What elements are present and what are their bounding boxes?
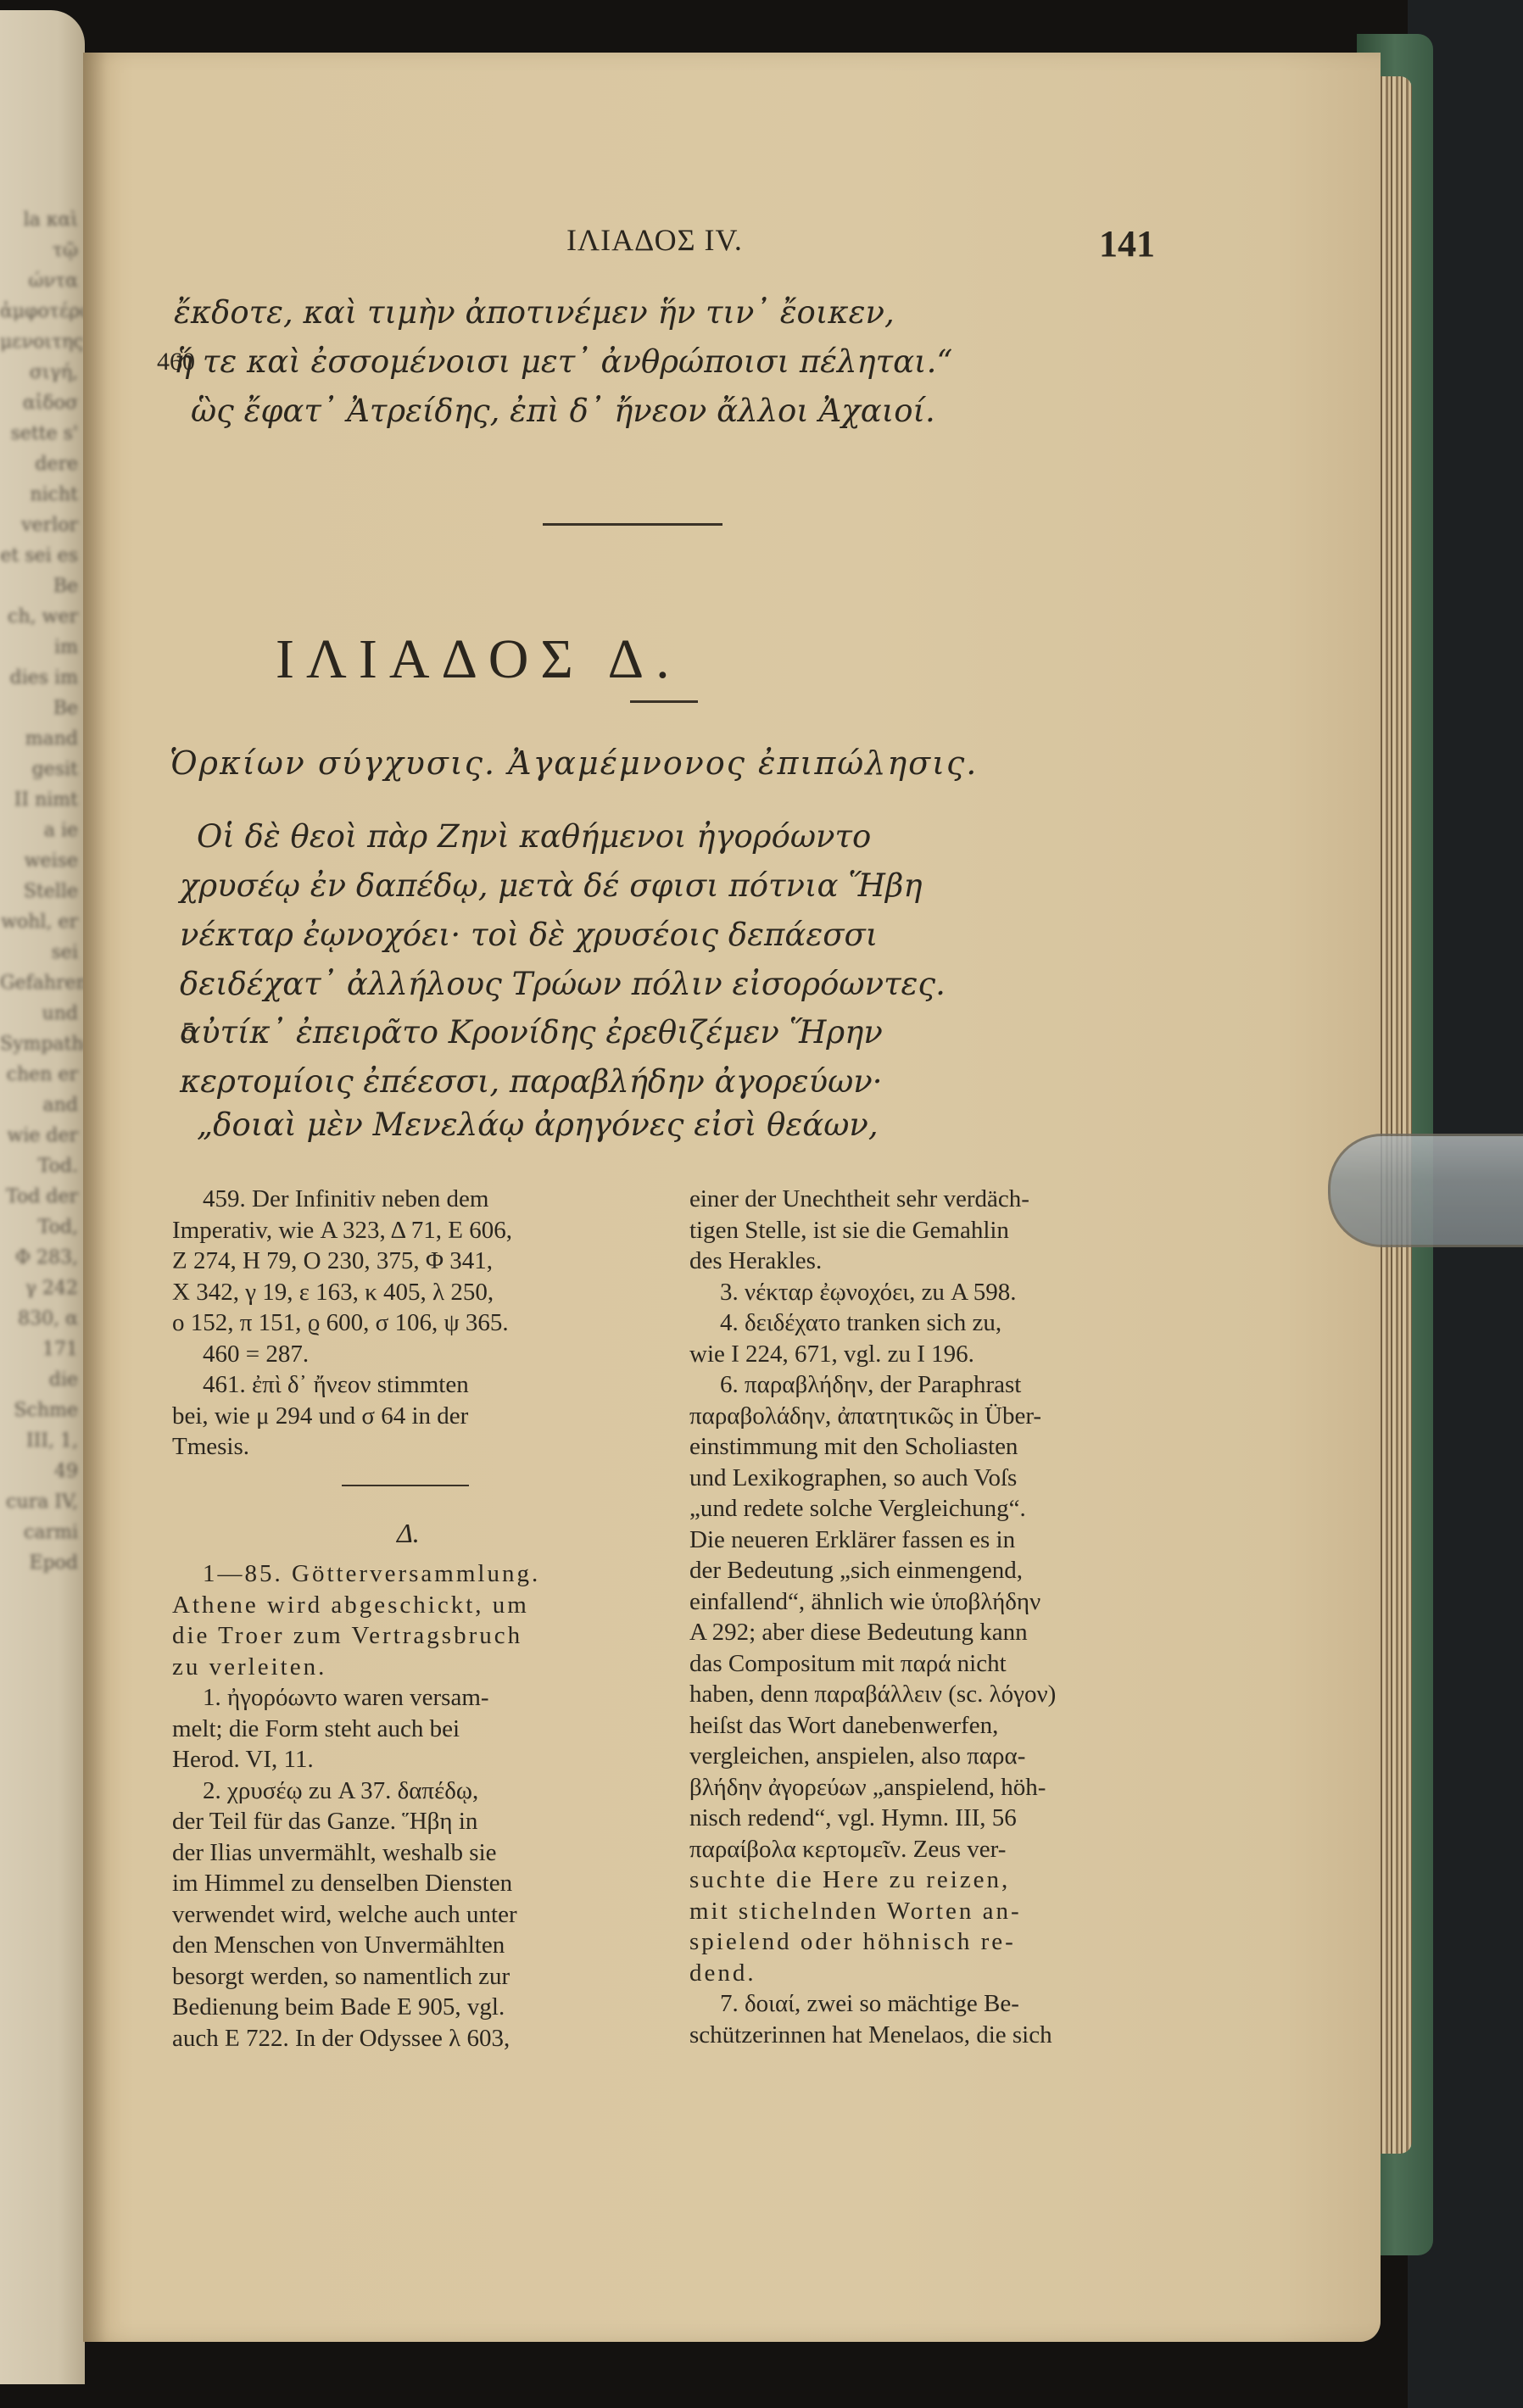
page-number: 141: [1099, 222, 1155, 265]
left-page-fragment: weise Stelle: [0, 846, 78, 907]
note-line: Athene wird abgeschickt, um: [172, 1590, 647, 1621]
left-page-fragment: Tod der Tod,: [0, 1182, 78, 1243]
note-line: der Bedeutung „sich einmengend,: [689, 1555, 1164, 1586]
note-line: Imperativ, wie Α 323, Δ 71, Ε 606,: [172, 1215, 647, 1246]
note-line: im Himmel zu denselben Diensten: [172, 1868, 647, 1899]
note-line: des Herakles.: [689, 1246, 1164, 1277]
left-page-fragment: μενοιτης: [0, 327, 78, 358]
note-line: 1. ἠγορόωντο waren versam-: [172, 1682, 647, 1714]
note-line: 7. δοιαί, zwei so mächtige Be-: [689, 1988, 1164, 2020]
divider-rule: [342, 1485, 469, 1486]
note-line: παραβολάδην, ἀπατητικῶς in Über-: [689, 1401, 1164, 1432]
left-page-fragment: la καὶ τῷ: [0, 205, 78, 266]
note-line: 1—85. Götterversammlung.: [172, 1558, 647, 1590]
left-page-fragment: wohl, er sei: [0, 907, 78, 968]
left-page-fragment: et sei es Be: [0, 541, 78, 602]
note-line: den Menschen von Unvermählten: [172, 1930, 647, 1961]
note-line: einstimmung mit den Scholiasten: [689, 1431, 1164, 1463]
verse-line: ἔκδοτε, καὶ τιμὴν ἀποτινέμεν ἥν τιν᾽ ἔοι…: [174, 294, 895, 331]
left-page-curl: la καὶ τῷώνταἀμφοτέρωμενοιτηςσιγή,αἰδοσs…: [0, 10, 85, 2384]
left-page-fragment: Epod: [0, 1548, 78, 1579]
commentary-left-column-2: 1—85. Götterversammlung. Athene wird abg…: [172, 1558, 647, 2054]
verse-line: Οἱ δὲ θεοὶ πὰρ Ζηνὶ καθήμενοι ἠγορόωντο: [197, 818, 871, 855]
page-holder-clip: [1328, 1134, 1523, 1247]
left-page-fragment: III, 1, 49: [0, 1426, 78, 1487]
note-line: der Teil für das Ganze. Ἥβη in: [172, 1806, 647, 1837]
note-line: 6. παραβλήδην, der Paraphrast: [689, 1369, 1164, 1401]
note-line: heiſst das Wort danebenwerfen,: [689, 1710, 1164, 1742]
note-line: Die neueren Erklärer fassen es in: [689, 1525, 1164, 1556]
commentary-left-column: 459. Der Infinitiv neben dem Imperativ, …: [172, 1184, 647, 1463]
left-page-fragment: mand gesit: [0, 724, 78, 785]
verse-line: „δοιαὶ μὲν Μενελάῳ ἀρηγόνες εἰσὶ θεάων,: [197, 1106, 879, 1143]
section-mark: Δ.: [397, 1518, 420, 1549]
note-line: suchte die Here zu reizen,: [689, 1865, 1164, 1896]
note-line: einer der Unechtheit sehr verdäch-: [689, 1184, 1164, 1215]
note-line: Herod. VI, 11.: [172, 1744, 647, 1775]
left-page-blurred-text: la καὶ τῷώνταἀμφοτέρωμενοιτηςσιγή,αἰδοσs…: [0, 10, 85, 2384]
note-line: der Ilias unvermählt, weshalb sie: [172, 1837, 647, 1869]
note-line: spielend oder höhnisch re-: [689, 1926, 1164, 1958]
left-page-fragment: wie der Tod.: [0, 1121, 78, 1182]
left-page-fragment: dies im Be: [0, 663, 78, 724]
note-line: die Troer zum Vertragsbruch: [172, 1620, 647, 1652]
verse-line: δειδέχατ᾽ ἀλλήλους Τρώων πόλιν εἰσορόωντ…: [180, 966, 946, 1002]
note-line: Tmesis.: [172, 1431, 647, 1463]
left-page-fragment: ch, wer im: [0, 602, 78, 663]
left-page-fragment: die Schme: [0, 1365, 78, 1426]
note-line: 460 = 287.: [172, 1339, 647, 1370]
running-head: ΙΛΙΑΔΟΣ IV.: [566, 222, 743, 258]
left-page-fragment: Φ 283, γ 242: [0, 1243, 78, 1304]
note-line: 461. ἐπὶ δ᾽ ἤνεον stimmten: [172, 1369, 647, 1401]
note-line: Χ 342, γ 19, ε 163, κ 405, λ 250,: [172, 1277, 647, 1308]
note-line: bei, wie μ 294 und σ 64 in der: [172, 1401, 647, 1432]
note-line: einfallend“, ähnlich wie ὑποβλήδην: [689, 1586, 1164, 1618]
divider-rule: [630, 700, 698, 703]
note-line: haben, denn παραβάλλειν (sc. λόγον): [689, 1679, 1164, 1710]
left-page-fragment: ώντα: [0, 266, 78, 297]
note-line: 3. νέκταρ ἐῳνοχόει, zu Α 598.: [689, 1277, 1164, 1308]
left-page-fragment: cura IV,: [0, 1487, 78, 1518]
left-page-fragment: carmi: [0, 1518, 78, 1548]
verse-line: νέκταρ ἐῳνοχόει· τοὶ δὲ χρυσέοις δεπάεσσ…: [180, 917, 878, 953]
note-line: und Lexikographen, so auch Voſs: [689, 1463, 1164, 1494]
note-line: βλήδην ἀγορεύων „anspielend, höh-: [689, 1772, 1164, 1803]
note-line: nisch redend“, vgl. Hymn. III, 56: [689, 1803, 1164, 1834]
note-line: „und redete solche Vergleichung“.: [689, 1493, 1164, 1525]
left-page-fragment: Sympathetische: [0, 1029, 78, 1060]
note-line: auch Ε 722. In der Odyssee λ 603,: [172, 2023, 647, 2054]
left-page-fragment: sette s' dere: [0, 419, 78, 480]
note-line: verwendet wird, welche auch unter: [172, 1899, 647, 1931]
note-line: zu verleiten.: [172, 1652, 647, 1683]
note-line: Α 292; aber diese Bedeutung kann: [689, 1617, 1164, 1648]
divider-rule: [543, 523, 722, 526]
book-title: ΙΛΙΑΔΟΣ Δ.: [276, 627, 682, 692]
note-line: das Compositum mit παρά nicht: [689, 1648, 1164, 1680]
note-line: ο 152, π 151, ϱ 600, σ 106, ψ 365.: [172, 1307, 647, 1339]
note-line: 2. χρυσέῳ zu Α 37. δαπέδῳ,: [172, 1775, 647, 1807]
note-line: dend.: [689, 1958, 1164, 1989]
book-subtitle: Ὁρκίων σύγχυσις. Ἀγαμέμνονος ἐπιπώλησις.: [170, 744, 978, 782]
verse-line: κερτομίοις ἐπέεσσι, παραβλήδην ἀγορεύων·: [180, 1063, 883, 1100]
note-line: mit stichelnden Worten an-: [689, 1896, 1164, 1927]
verse-line: χρυσέῳ ἐν δαπέδῳ, μετὰ δέ σφισι πότνια Ἥ…: [180, 867, 923, 904]
note-line: 459. Der Infinitiv neben dem: [172, 1184, 647, 1215]
note-line: Bedienung beim Bade Ε 905, vgl.: [172, 1992, 647, 2023]
verse-line: ἥ τε καὶ ἐσσομένοισι μετ᾽ ἀνθρώποισι πέλ…: [174, 343, 952, 380]
note-line: melt; die Form steht auch bei: [172, 1714, 647, 1745]
verse-line: ὣς ἔφατ᾽ Ἀτρείδης, ἐπὶ δ᾽ ἤνεον ἄλλοι Ἀχ…: [191, 393, 935, 429]
left-page-fragment: Gefahren und: [0, 968, 78, 1029]
left-page-fragment: II nimt a ie: [0, 785, 78, 846]
note-line: vergleichen, anspielen, also παρα-: [689, 1741, 1164, 1772]
note-line: besorgt werden, so namentlich zur: [172, 1961, 647, 1993]
note-line: schützerinnen hat Menelaos, die sich: [689, 2020, 1164, 2051]
commentary-right-column: einer der Unechtheit sehr verdäch- tigen…: [689, 1184, 1164, 2050]
note-line: Ζ 274, Η 79, Ο 230, 375, Φ 341,: [172, 1246, 647, 1277]
left-page-fragment: nicht verlor: [0, 480, 78, 541]
note-line: wie Ι 224, 671, vgl. zu Ι 196.: [689, 1339, 1164, 1370]
left-page-fragment: ἀμφοτέρω: [0, 297, 78, 327]
note-line: 4. δειδέχατο tranken sich zu,: [689, 1307, 1164, 1339]
note-line: tigen Stelle, ist sie die Gemahlin: [689, 1215, 1164, 1246]
left-page-fragment: αἰδοσ: [0, 388, 78, 419]
left-page-fragment: σιγή,: [0, 358, 78, 388]
verse-line: αὐτίκ᾽ ἐπειρᾶτο Κρονίδης ἐρεθιζέμεν Ἥρην: [180, 1014, 883, 1051]
left-page-fragment: 830, α 171: [0, 1304, 78, 1365]
note-line: παραίβολα κερτομεῖν. Zeus ver-: [689, 1834, 1164, 1865]
left-page-fragment: chen er and: [0, 1060, 78, 1121]
